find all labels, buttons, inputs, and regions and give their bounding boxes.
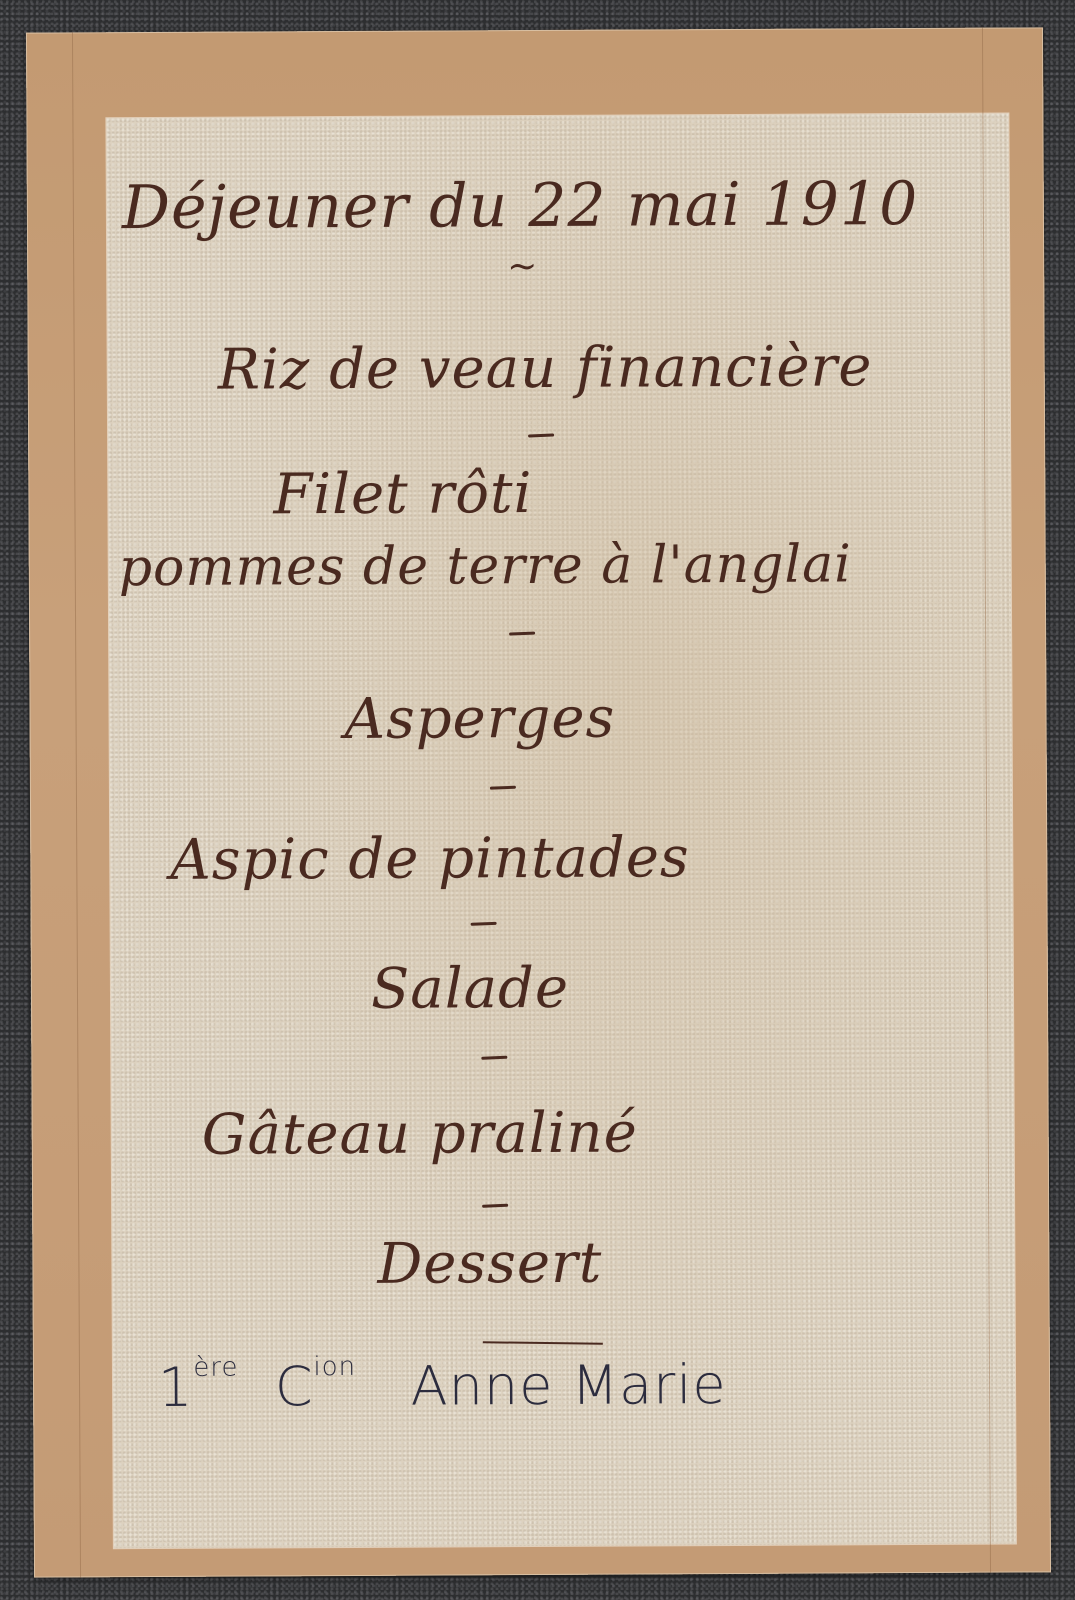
communion-abbrev: C — [275, 1355, 314, 1418]
menu-item-filet: Filet rôti — [273, 461, 532, 527]
menu-title: Déjeuner du 22 mai 1910 — [122, 169, 919, 243]
communion-abbrev-suffix: ion — [313, 1352, 356, 1382]
closing-rule — [483, 1341, 603, 1344]
ordinal-number: 1 — [158, 1356, 194, 1419]
menu-item-dessert: Dessert — [377, 1231, 602, 1297]
separator-dash — [490, 786, 516, 790]
decorative-flourish: ~ — [507, 246, 538, 287]
separator-dash — [471, 922, 497, 926]
menu-item-aspic: Aspic de pintades — [170, 825, 690, 893]
menu-item-asperges: Asperges — [344, 686, 615, 752]
signature-name: Anne Marie — [411, 1353, 727, 1418]
communion-inscription: 1ère Cion Anne Marie — [158, 1350, 727, 1419]
menu-card: Déjeuner du 22 mai 1910 ~ Riz de veau fi… — [106, 114, 1015, 1549]
separator-dash — [528, 433, 554, 437]
menu-item-salade: Salade — [371, 956, 569, 1022]
ordinal-suffix: ère — [193, 1353, 238, 1383]
separator-dash — [481, 1056, 507, 1060]
menu-item-pommes-de-terre: pommes de terre à l'anglai — [119, 534, 852, 598]
mount-board: Déjeuner du 22 mai 1910 ~ Riz de veau fi… — [26, 27, 1051, 1577]
separator-dash — [482, 1204, 508, 1208]
menu-item-gateau: Gâteau praliné — [202, 1100, 638, 1167]
menu-item-riz-de-veau: Riz de veau financière — [218, 334, 873, 402]
separator-dash — [509, 632, 535, 636]
